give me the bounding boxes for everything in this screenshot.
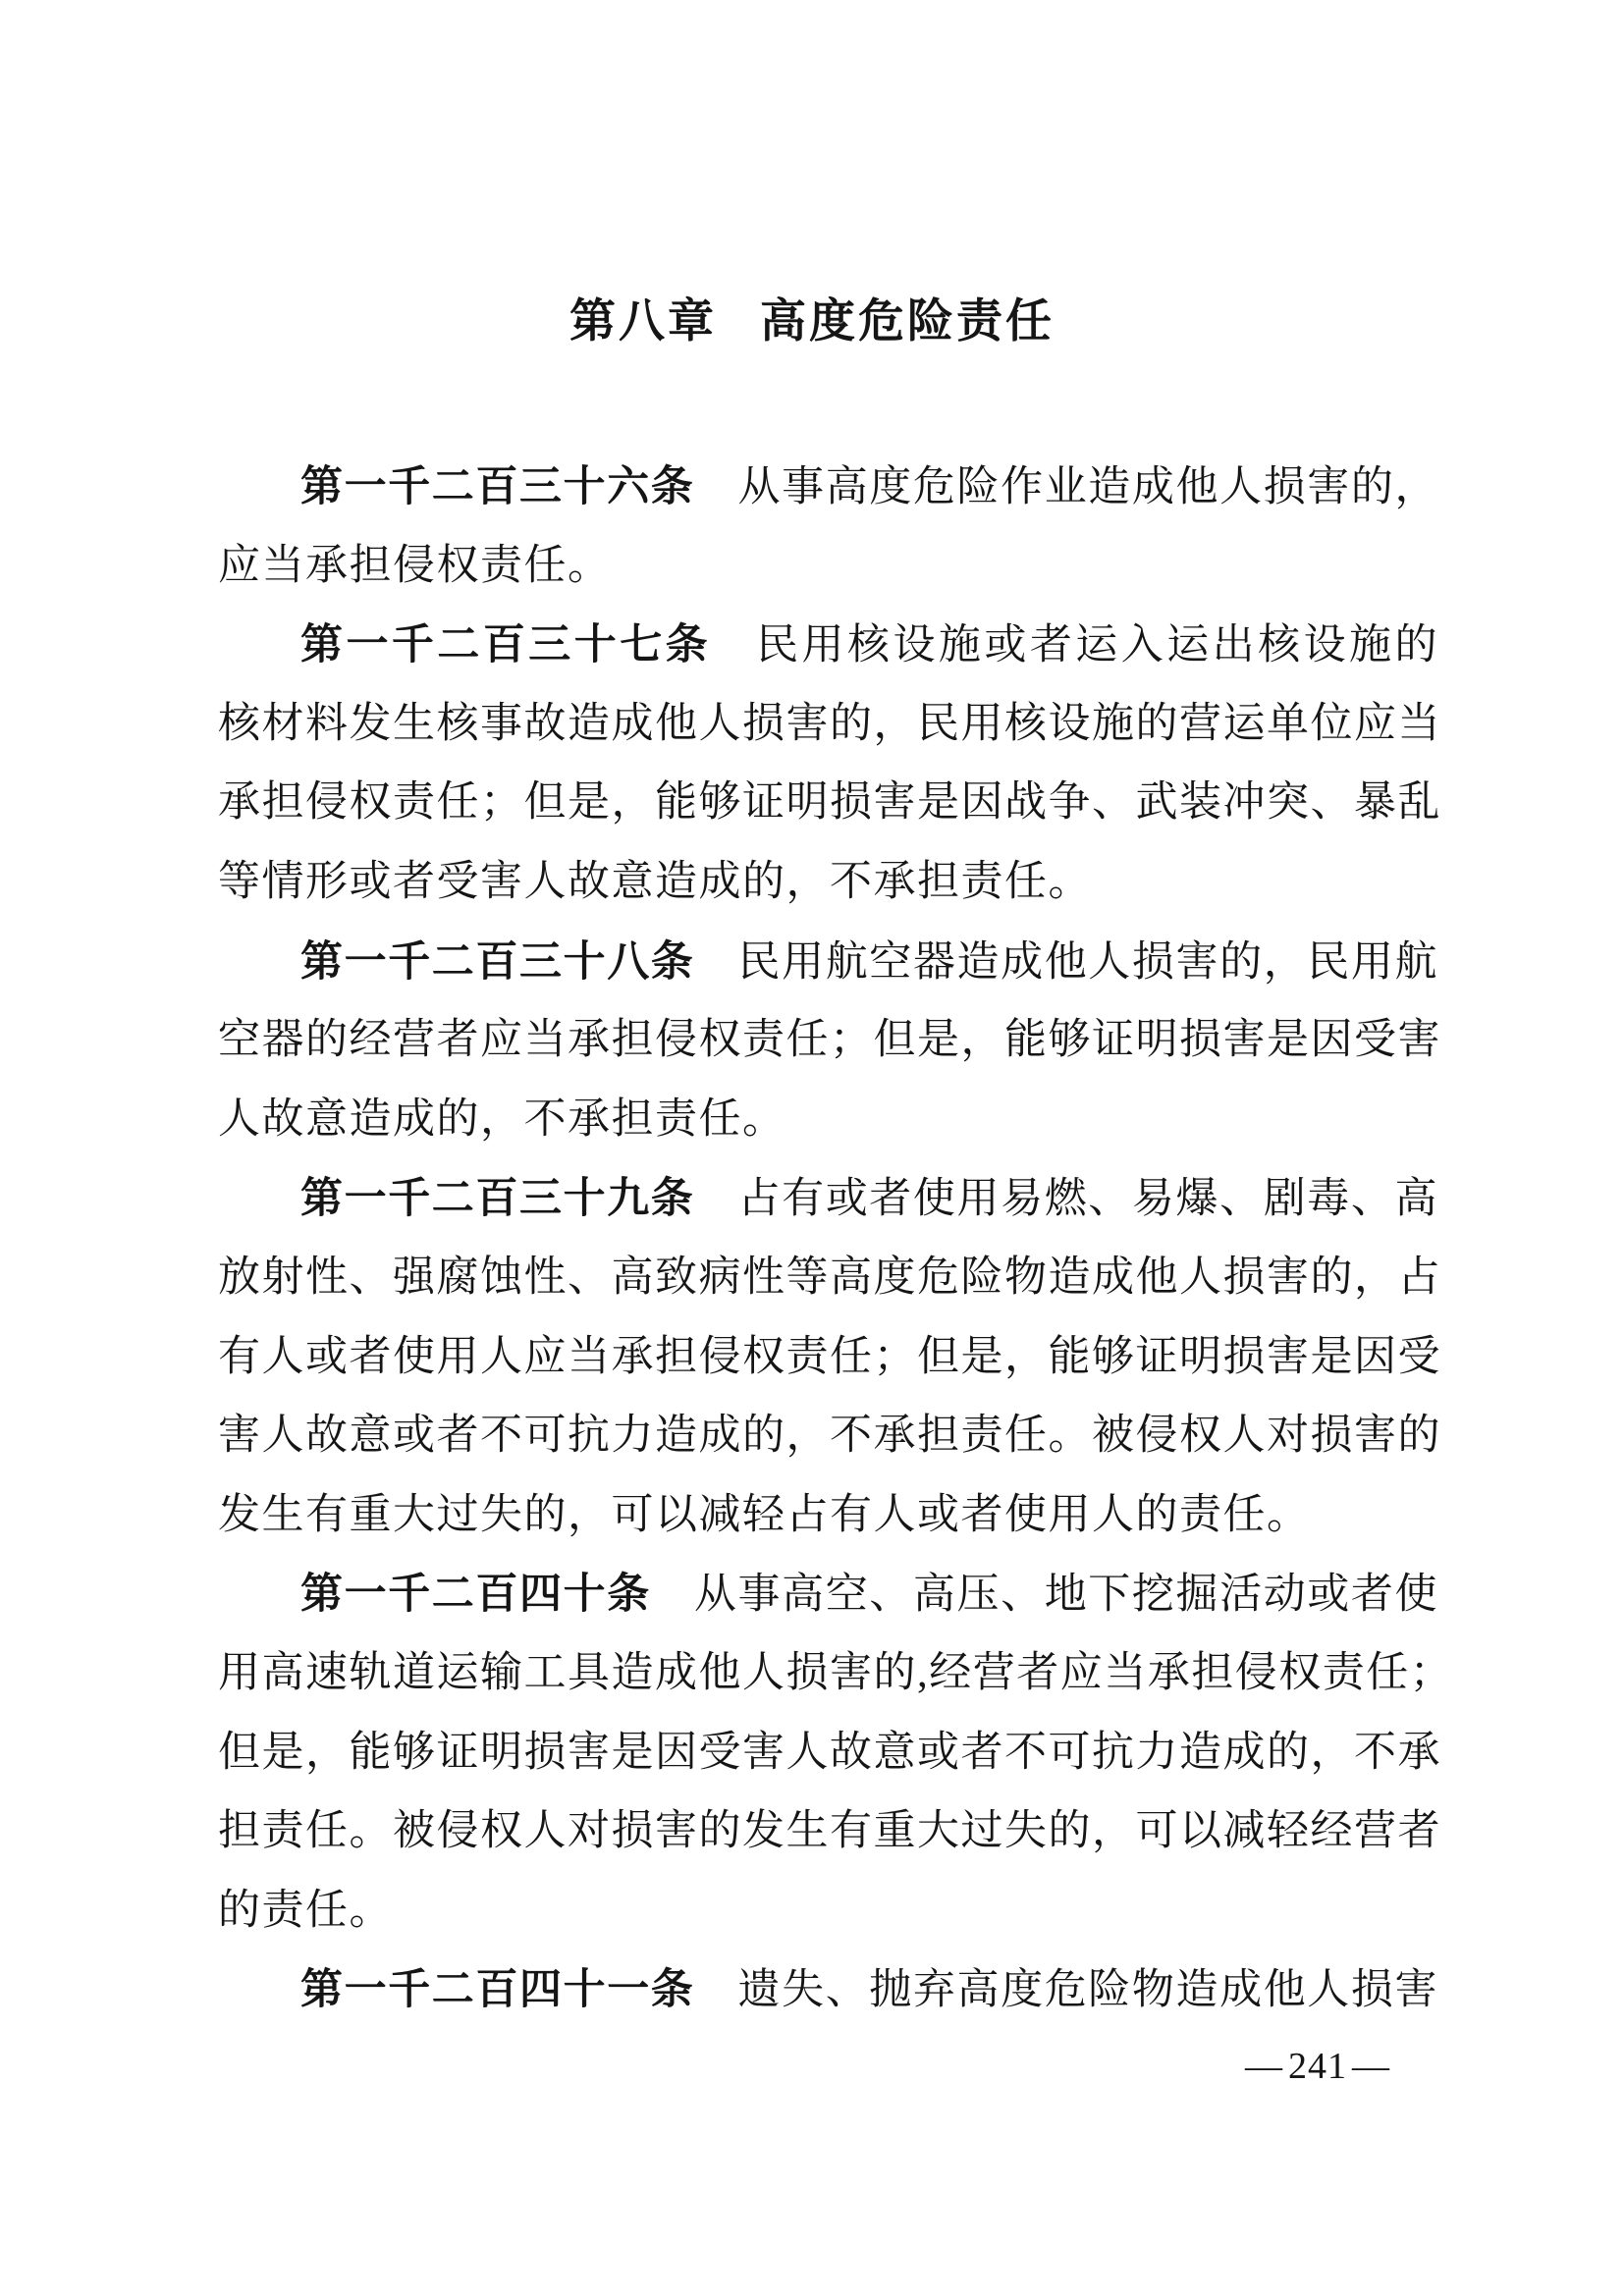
- article-line: 第一千二百三十九条占有或者使用易燃、易爆、剧毒、高: [218, 1159, 1438, 1239]
- article-number: 第一千二百三十七条: [300, 621, 711, 668]
- body-text: 第一千二百三十六条从事高度危险作业造成他人损害的，应当承担侵权责任。第一千二百三…: [218, 448, 1438, 2030]
- article-text: 遗失、抛弃高度危险物造成他人损害: [737, 1967, 1438, 2013]
- article-line: 害人故意或者不可抗力造成的，不承担责任。被侵权人对损害的: [218, 1397, 1438, 1476]
- chapter-heading: 第八章高度危险责任: [0, 294, 1624, 348]
- article-line: 应当承担侵权责任。: [218, 527, 1438, 607]
- article-text: 从事高度危险作业造成他人损害的，: [737, 464, 1438, 510]
- article-line: 第一千二百四十条从事高空、高压、地下挖掘活动或者使: [218, 1555, 1438, 1634]
- article-text: 民用核设施或者运入运出核设施的: [754, 622, 1438, 668]
- article-text: 占有或者使用易燃、易爆、剧毒、高: [737, 1176, 1438, 1222]
- article-number: 第一千二百三十九条: [300, 1175, 694, 1222]
- chapter-label: 第八章: [569, 294, 717, 347]
- article-text: 从事高空、高压、地下挖掘活动或者使: [694, 1572, 1438, 1618]
- article-number: 第一千二百四十条: [300, 1571, 651, 1618]
- article-line: 核材料发生核事故造成他人损害的，民用核设施的营运单位应当: [218, 685, 1438, 765]
- article-line: 第一千二百三十六条从事高度危险作业造成他人损害的，: [218, 448, 1438, 527]
- article-line: 承担侵权责任；但是，能够证明损害是因战争、武装冲突、暴乱: [218, 764, 1438, 843]
- page-number-value: 241: [1288, 2046, 1347, 2087]
- article-line: 的责任。: [218, 1872, 1438, 1951]
- page-number-left-dash: —: [1245, 2046, 1283, 2087]
- article-line: 担责任。被侵权人对损害的发生有重大过失的，可以减轻经营者: [218, 1792, 1438, 1872]
- article-line: 第一千二百四十一条遗失、抛弃高度危险物造成他人损害: [218, 1950, 1438, 2030]
- article-line: 第一千二百三十八条民用航空器造成他人损害的，民用航: [218, 923, 1438, 1002]
- article-text: 民用航空器造成他人损害的，民用航: [737, 939, 1438, 986]
- document-page: 第八章高度危险责任 第一千二百三十六条从事高度危险作业造成他人损害的，应当承担侵…: [0, 0, 1624, 2296]
- page-number: —241—: [1245, 2046, 1390, 2087]
- article-line: 等情形或者受害人故意造成的，不承担责任。: [218, 843, 1438, 923]
- article-line: 有人或者使用人应当承担侵权责任；但是，能够证明损害是因受: [218, 1318, 1438, 1398]
- article-line: 放射性、强腐蚀性、高致病性等高度危险物造成他人损害的，占: [218, 1239, 1438, 1318]
- chapter-title: 高度危险责任: [760, 294, 1055, 347]
- article-number: 第一千二百四十一条: [300, 1966, 694, 2013]
- article-number: 第一千二百三十八条: [300, 938, 694, 986]
- article-number: 第一千二百三十六条: [300, 463, 694, 510]
- article-line: 空器的经营者应当承担侵权责任；但是，能够证明损害是因受害: [218, 1001, 1438, 1081]
- article-line: 发生有重大过失的，可以减轻占有人或者使用人的责任。: [218, 1476, 1438, 1556]
- article-line: 用高速轨道运输工具造成他人损害的,经营者应当承担侵权责任；: [218, 1634, 1438, 1714]
- page-number-right-dash: —: [1352, 2046, 1390, 2087]
- article-line: 但是，能够证明损害是因受害人故意或者不可抗力造成的，不承: [218, 1714, 1438, 1793]
- article-line: 人故意造成的，不承担责任。: [218, 1081, 1438, 1160]
- article-line: 第一千二百三十七条民用核设施或者运入运出核设施的: [218, 606, 1438, 685]
